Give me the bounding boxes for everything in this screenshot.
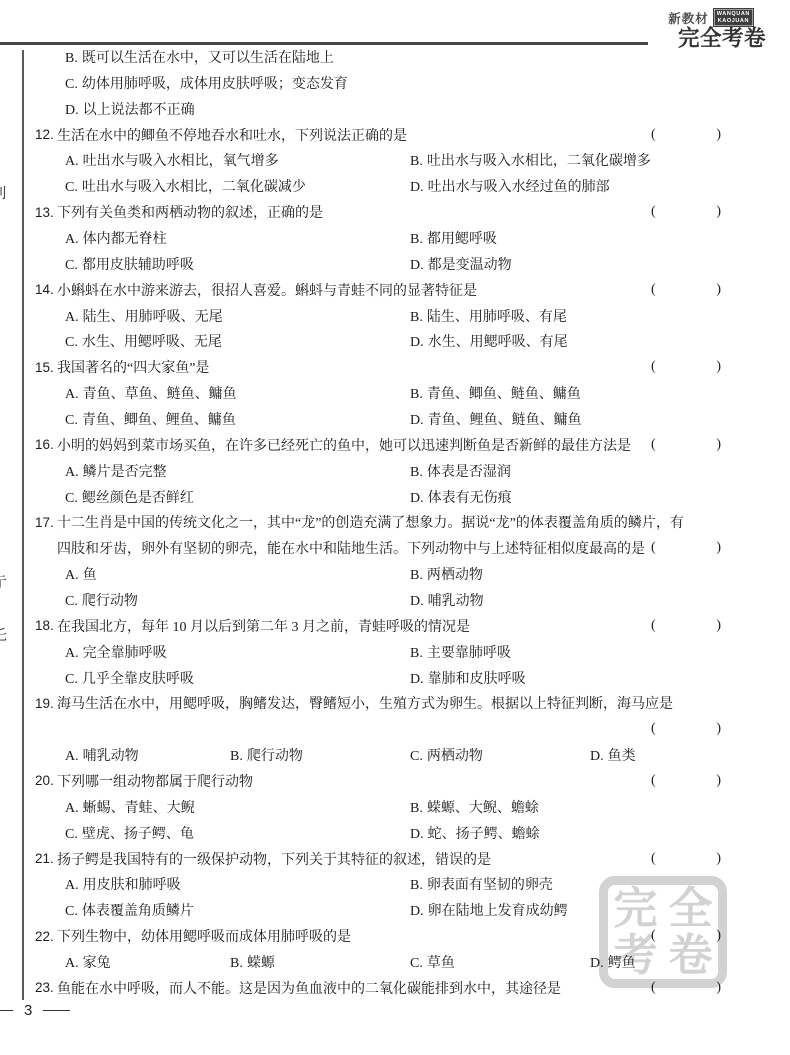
option-row: A.完全靠肺呼吸B.主要靠肺呼吸 bbox=[35, 639, 723, 665]
option-label: D. bbox=[410, 594, 424, 609]
question-stem: 20.下列哪一组动物都属于爬行动物() bbox=[35, 768, 723, 794]
option-item: D.靠肺和皮肤呼吸 bbox=[410, 668, 723, 688]
stem-text: 小蝌蚪在水中游来游去，很招人喜爱。蝌蚪与青蛙不同的显著特征是 bbox=[57, 280, 477, 300]
option-item: B.吐出水与吸入水相比，二氧化碳增多 bbox=[410, 150, 723, 170]
option-label: C. bbox=[65, 413, 78, 428]
answer-parentheses: () bbox=[651, 282, 723, 298]
stem-text: 小明的妈妈到菜市场买鱼，在许多已经死亡的鱼中，她可以迅速判断鱼是否新鲜的最佳方法… bbox=[57, 435, 631, 455]
option-text: 主要靠肺呼吸 bbox=[427, 646, 511, 661]
option-text: 以上说法都不正确 bbox=[83, 103, 195, 118]
option-text: 爬行动物 bbox=[247, 749, 303, 764]
stem-text: 四肢和牙齿，卵外有坚韧的卵壳，能在水中和陆地生活。下列动物中与上述特征相似度最高… bbox=[57, 538, 645, 558]
answer-parentheses: () bbox=[651, 540, 723, 556]
option-label: D. bbox=[410, 904, 424, 919]
answer-paren-row: () bbox=[35, 716, 723, 742]
option-label: A. bbox=[65, 878, 79, 893]
option-text: 陆生、用肺呼吸、无尾 bbox=[83, 310, 223, 325]
option-label: B. bbox=[230, 749, 243, 764]
option-item: D.水生、用鳃呼吸、有尾 bbox=[410, 331, 723, 351]
answer-parentheses: () bbox=[651, 851, 723, 867]
option-label: D. bbox=[65, 103, 79, 118]
option-text: 幼体用肺呼吸，成体用皮肤呼吸；变态发育 bbox=[82, 77, 348, 92]
option-row: C.吐出水与吸入水相比，二氧化碳减少D.吐出水与吸入水经过鱼的肺部 bbox=[35, 173, 723, 199]
option-label: A. bbox=[65, 310, 79, 325]
margin-rule bbox=[22, 50, 24, 1000]
option-label: D. bbox=[410, 672, 424, 687]
question-number: 15. bbox=[35, 360, 57, 375]
option-text: 壁虎、扬子鳄、龟 bbox=[82, 827, 194, 842]
option-text: 鳞片是否完整 bbox=[83, 465, 167, 480]
option-text: 水生、用鳃呼吸、有尾 bbox=[428, 335, 568, 350]
option-text: 蛇、扬子鳄、蟾蜍 bbox=[428, 827, 540, 842]
paren-open: ( bbox=[651, 359, 656, 375]
option-label: D. bbox=[410, 335, 424, 350]
option-text: 用皮肤和肺呼吸 bbox=[83, 878, 181, 893]
option-text: 吐出水与吸入水相比，二氧化碳增多 bbox=[427, 154, 651, 169]
answer-parentheses: () bbox=[651, 204, 723, 220]
option-label: A. bbox=[65, 646, 79, 661]
option-item: C.爬行动物 bbox=[65, 590, 410, 610]
option-row: C.几乎全靠皮肤呼吸D.靠肺和皮肤呼吸 bbox=[35, 665, 723, 691]
question-stem: 19.海马生活在水中，用鳃呼吸，胸鳍发达，臀鳍短小，生殖方式为卵生。根据以上特征… bbox=[35, 690, 723, 716]
option-text: 吐出水与吸入水经过鱼的肺部 bbox=[428, 180, 610, 195]
option-text: 蜥蜴、青蛙、大鲵 bbox=[83, 801, 195, 816]
option-item: D.以上说法都不正确 bbox=[65, 99, 723, 119]
paren-close: ) bbox=[716, 359, 721, 375]
option-label: B. bbox=[410, 387, 423, 402]
option-label: C. bbox=[65, 827, 78, 842]
option-item: B.爬行动物 bbox=[230, 745, 410, 765]
stem-text: 鱼能在水中呼吸，而人不能。这是因为鱼血液中的二氧化碳能排到水中，其途径是 bbox=[57, 978, 561, 998]
page-number-value: 3 bbox=[24, 1002, 32, 1019]
brand-badge: WANQUANKAOJUAN bbox=[713, 8, 754, 27]
option-row: A.鳞片是否完整B.体表是否湿润 bbox=[35, 458, 723, 484]
option-text: 哺乳动物 bbox=[83, 749, 139, 764]
option-text: 蝾螈 bbox=[247, 956, 275, 971]
question-number: 18. bbox=[35, 618, 57, 633]
option-item: A.蜥蜴、青蛙、大鲵 bbox=[65, 797, 410, 817]
paren-close: ) bbox=[716, 980, 721, 996]
option-item: B.蝾螈、大鲵、蟾蜍 bbox=[410, 797, 723, 817]
paren-close: ) bbox=[716, 204, 721, 220]
stem-text: 我国著名的“四大家鱼”是 bbox=[57, 357, 209, 377]
option-text: 爬行动物 bbox=[82, 594, 138, 609]
question-number: 22. bbox=[35, 929, 57, 944]
option-text: 体表覆盖角质鳞片 bbox=[82, 904, 194, 919]
option-text: 靠肺和皮肤呼吸 bbox=[428, 672, 526, 687]
stem-text: 扬子鳄是我国特有的一级保护动物，下列关于其特征的叙述，错误的是 bbox=[57, 849, 491, 869]
option-item: C.青鱼、鲫鱼、鲤鱼、鳙鱼 bbox=[65, 409, 410, 429]
brand-badge-line2: KAOJUAN bbox=[718, 18, 749, 24]
option-label: A. bbox=[65, 956, 79, 971]
option-text: 吐出水与吸入水相比，氧气增多 bbox=[83, 154, 279, 169]
option-item: C.几乎全靠皮肤呼吸 bbox=[65, 668, 410, 688]
option-item: C.草鱼 bbox=[410, 952, 590, 972]
option-text: 都用皮肤辅助呼吸 bbox=[82, 258, 194, 273]
page-number-dash bbox=[43, 1010, 70, 1012]
stem-text: 在我国北方，每年 10 月以后到第二年 3 月之前，青蛙呼吸的情况是 bbox=[57, 616, 470, 636]
option-label: B. bbox=[410, 878, 423, 893]
option-label: C. bbox=[65, 77, 78, 92]
option-item: C.壁虎、扬子鳄、龟 bbox=[65, 823, 410, 843]
option-item: C.水生、用鳃呼吸、无尾 bbox=[65, 331, 410, 351]
option-label: B. bbox=[410, 568, 423, 583]
question-stem: 22.下列生物中，幼体用鳃呼吸而成体用肺呼吸的是() bbox=[35, 923, 723, 949]
option-text: 完全靠肺呼吸 bbox=[83, 646, 167, 661]
option-label: D. bbox=[590, 956, 604, 971]
option-row: A.鱼B.两栖动物 bbox=[35, 561, 723, 587]
page-number-dash bbox=[0, 1010, 13, 1012]
option-text: 青鱼、鲫鱼、鲤鱼、鳙鱼 bbox=[82, 413, 236, 428]
option-text: 两栖动物 bbox=[427, 749, 483, 764]
option-label: B. bbox=[410, 646, 423, 661]
question-stem: 13.下列有关鱼类和两栖动物的叙述，正确的是() bbox=[35, 199, 723, 225]
option-item: B.既可以生活在水中，又可以生活在陆地上 bbox=[65, 47, 723, 67]
option-row: C.青鱼、鲫鱼、鲤鱼、鳙鱼D.青鱼、鲤鱼、鲢鱼、鳙鱼 bbox=[35, 406, 723, 432]
brand-badge-line1: WANQUAN bbox=[717, 11, 750, 17]
option-item: A.鳞片是否完整 bbox=[65, 461, 410, 481]
option-text: 都是变温动物 bbox=[428, 258, 512, 273]
option-label: C. bbox=[65, 491, 78, 506]
question-number: 14. bbox=[35, 282, 57, 297]
paren-open: ( bbox=[651, 773, 656, 789]
page-number: 3 bbox=[0, 1002, 70, 1019]
option-text: 既可以生活在水中，又可以生活在陆地上 bbox=[82, 51, 334, 66]
option-item: B.陆生、用肺呼吸、有尾 bbox=[410, 306, 723, 326]
question-number: 17. bbox=[35, 515, 57, 530]
question-number: 23. bbox=[35, 980, 57, 995]
stem-text: 下列生物中，幼体用鳃呼吸而成体用肺呼吸的是 bbox=[57, 926, 351, 946]
option-row: A.哺乳动物B.爬行动物C.两栖动物D.鱼类 bbox=[35, 742, 723, 768]
paren-close: ) bbox=[716, 851, 721, 867]
option-item: B.体表是否湿润 bbox=[410, 461, 723, 481]
option-text: 鳃丝颜色是否鲜红 bbox=[82, 491, 194, 506]
answer-parentheses: () bbox=[651, 359, 723, 375]
question-stem: 23.鱼能在水中呼吸，而人不能。这是因为鱼血液中的二氧化碳能排到水中，其途径是(… bbox=[35, 975, 723, 1001]
option-label: A. bbox=[65, 749, 79, 764]
option-row: A.家兔B.蝾螈C.草鱼D.鳄鱼 bbox=[35, 949, 723, 975]
paren-close: ) bbox=[716, 928, 721, 944]
paren-close: ) bbox=[716, 127, 721, 143]
option-item: C.体表覆盖角质鳞片 bbox=[65, 900, 410, 920]
option-text: 蝾螈、大鲵、蟾蜍 bbox=[427, 801, 539, 816]
option-item: D.卵在陆地上发育成幼鳄 bbox=[410, 900, 723, 920]
option-label: C. bbox=[65, 672, 78, 687]
option-item: B.青鱼、鲫鱼、鲢鱼、鳙鱼 bbox=[410, 383, 723, 403]
option-text: 水生、用鳃呼吸、无尾 bbox=[82, 335, 222, 350]
stem-text: 十二生肖是中国的传统文化之一，其中“龙”的创造充满了想象力。据说“龙”的体表覆盖… bbox=[57, 512, 684, 532]
exam-page: { "header": { "brand_prefix": "新教材", "br… bbox=[0, 0, 790, 1055]
option-row: C.壁虎、扬子鳄、龟D.蛇、扬子鳄、蟾蜍 bbox=[35, 820, 723, 846]
page-edge-fragment: 亍 bbox=[0, 572, 7, 592]
answer-parentheses: () bbox=[651, 928, 723, 944]
option-label: B. bbox=[230, 956, 243, 971]
paren-close: ) bbox=[716, 721, 721, 737]
option-label: A. bbox=[65, 801, 79, 816]
answer-parentheses: () bbox=[651, 618, 723, 634]
option-label: C. bbox=[65, 904, 78, 919]
option-label: C. bbox=[410, 749, 423, 764]
option-text: 都用鳃呼吸 bbox=[427, 232, 497, 247]
option-label: D. bbox=[410, 180, 424, 195]
option-item: B.都用鳃呼吸 bbox=[410, 228, 723, 248]
paren-open: ( bbox=[651, 721, 656, 737]
option-label: B. bbox=[65, 51, 78, 66]
option-item: A.陆生、用肺呼吸、无尾 bbox=[65, 306, 410, 326]
option-row: C.水生、用鳃呼吸、无尾D.水生、用鳃呼吸、有尾 bbox=[35, 328, 723, 354]
option-text: 几乎全靠皮肤呼吸 bbox=[82, 672, 194, 687]
option-item: D.蛇、扬子鳄、蟾蜍 bbox=[410, 823, 723, 843]
question-number: 16. bbox=[35, 437, 57, 452]
question-number: 12. bbox=[35, 127, 57, 142]
option-item: C.两栖动物 bbox=[410, 745, 590, 765]
paren-open: ( bbox=[651, 204, 656, 220]
option-item: C.幼体用肺呼吸，成体用皮肤呼吸；变态发育 bbox=[65, 73, 723, 93]
option-label: C. bbox=[65, 180, 78, 195]
question-number: 19. bbox=[35, 696, 57, 711]
option-item: A.家兔 bbox=[65, 952, 230, 972]
question-stem-continued: 四肢和牙齿，卵外有坚韧的卵壳，能在水中和陆地生活。下列动物中与上述特征相似度最高… bbox=[35, 535, 723, 561]
brand-top-row: 新教材 WANQUANKAOJUAN bbox=[668, 8, 754, 27]
page-edge-fragment: 刂 bbox=[0, 183, 7, 203]
answer-parentheses: () bbox=[651, 773, 723, 789]
option-label: D. bbox=[590, 749, 604, 764]
option-row: A.青鱼、草鱼、鲢鱼、鳙鱼B.青鱼、鲫鱼、鲢鱼、鳙鱼 bbox=[35, 380, 723, 406]
option-item: A.用皮肤和肺呼吸 bbox=[65, 874, 410, 894]
option-text: 体表有无伤痕 bbox=[428, 491, 512, 506]
answer-parentheses: () bbox=[651, 721, 723, 737]
option-label: D. bbox=[410, 413, 424, 428]
option-item: B.主要靠肺呼吸 bbox=[410, 642, 723, 662]
page-edge-fragment: 。 bbox=[0, 336, 7, 356]
paren-close: ) bbox=[716, 618, 721, 634]
question-stem: 16.小明的妈妈到菜市场买鱼，在许多已经死亡的鱼中，她可以迅速判断鱼是否新鲜的最… bbox=[35, 432, 723, 458]
option-item: B.两栖动物 bbox=[410, 564, 723, 584]
option-text: 哺乳动物 bbox=[428, 594, 484, 609]
option-label: A. bbox=[65, 387, 79, 402]
option-item: D.哺乳动物 bbox=[410, 590, 723, 610]
carryover-option-row: B.既可以生活在水中，又可以生活在陆地上 bbox=[35, 44, 723, 70]
option-label: D. bbox=[410, 258, 424, 273]
option-text: 吐出水与吸入水相比，二氧化碳减少 bbox=[82, 180, 306, 195]
option-label: A. bbox=[65, 232, 79, 247]
paren-close: ) bbox=[716, 540, 721, 556]
option-text: 卵在陆地上发育成幼鳄 bbox=[428, 904, 568, 919]
option-item: D.体表有无伤痕 bbox=[410, 487, 723, 507]
question-number: 21. bbox=[35, 851, 57, 866]
question-stem: 17.十二生肖是中国的传统文化之一，其中“龙”的创造充满了想象力。据说“龙”的体… bbox=[35, 509, 723, 535]
paren-close: ) bbox=[716, 773, 721, 789]
option-item: A.体内都无脊柱 bbox=[65, 228, 410, 248]
stem-text: 下列哪一组动物都属于爬行动物 bbox=[57, 771, 253, 791]
option-text: 家兔 bbox=[83, 956, 111, 971]
option-row: A.蜥蜴、青蛙、大鲵B.蝾螈、大鲵、蟾蜍 bbox=[35, 794, 723, 820]
answer-parentheses: () bbox=[651, 127, 723, 143]
option-item: C.鳃丝颜色是否鲜红 bbox=[65, 487, 410, 507]
option-text: 草鱼 bbox=[427, 956, 455, 971]
option-label: A. bbox=[65, 465, 79, 480]
brand-logo: 新教材 WANQUANKAOJUAN 完全考卷 bbox=[668, 8, 766, 48]
option-text: 卵表面有坚韧的卵壳 bbox=[427, 878, 553, 893]
question-stem: 18.在我国北方，每年 10 月以后到第二年 3 月之前，青蛙呼吸的情况是() bbox=[35, 613, 723, 639]
option-item: A.完全靠肺呼吸 bbox=[65, 642, 410, 662]
paren-open: ( bbox=[651, 618, 656, 634]
question-stem: 12.生活在水中的鲫鱼不停地吞水和吐水，下列说法正确的是() bbox=[35, 122, 723, 148]
option-item: D.都是变温动物 bbox=[410, 254, 723, 274]
option-item: D.吐出水与吸入水经过鱼的肺部 bbox=[410, 176, 723, 196]
option-item: A.哺乳动物 bbox=[65, 745, 230, 765]
option-item: B.蝾螈 bbox=[230, 952, 410, 972]
question-number: 13. bbox=[35, 205, 57, 220]
question-number: 20. bbox=[35, 773, 57, 788]
option-item: A.青鱼、草鱼、鲢鱼、鳙鱼 bbox=[65, 383, 410, 403]
question-list: B.既可以生活在水中，又可以生活在陆地上C.幼体用肺呼吸，成体用皮肤呼吸；变态发… bbox=[35, 44, 723, 1001]
paren-open: ( bbox=[651, 928, 656, 944]
option-row: C.体表覆盖角质鳞片D.卵在陆地上发育成幼鳄 bbox=[35, 897, 723, 923]
option-label: B. bbox=[410, 465, 423, 480]
option-item: C.吐出水与吸入水相比，二氧化碳减少 bbox=[65, 176, 410, 196]
option-label: C. bbox=[410, 956, 423, 971]
answer-parentheses: () bbox=[651, 980, 723, 996]
stem-text: 海马生活在水中，用鳃呼吸，胸鳍发达，臀鳍短小，生殖方式为卵生。根据以上特征判断，… bbox=[57, 693, 673, 713]
stem-text: 生活在水中的鲫鱼不停地吞水和吐水，下列说法正确的是 bbox=[57, 125, 407, 145]
option-label: D. bbox=[410, 491, 424, 506]
paren-open: ( bbox=[651, 851, 656, 867]
option-item: B.卵表面有坚韧的卵壳 bbox=[410, 874, 723, 894]
option-label: B. bbox=[410, 801, 423, 816]
option-item: D.鱼类 bbox=[590, 745, 723, 765]
carryover-option-row: D.以上说法都不正确 bbox=[35, 96, 723, 122]
paren-open: ( bbox=[651, 282, 656, 298]
option-label: C. bbox=[65, 258, 78, 273]
option-text: 青鱼、鲫鱼、鲢鱼、鳙鱼 bbox=[427, 387, 581, 402]
option-item: A.鱼 bbox=[65, 564, 410, 584]
stem-text: 下列有关鱼类和两栖动物的叙述，正确的是 bbox=[57, 202, 323, 222]
option-item: A.吐出水与吸入水相比，氧气增多 bbox=[65, 150, 410, 170]
option-label: C. bbox=[65, 335, 78, 350]
question-stem: 15.我国著名的“四大家鱼”是() bbox=[35, 354, 723, 380]
option-row: C.都用皮肤辅助呼吸D.都是变温动物 bbox=[35, 251, 723, 277]
option-row: C.爬行动物D.哺乳动物 bbox=[35, 587, 723, 613]
option-text: 两栖动物 bbox=[427, 568, 483, 583]
option-text: 青鱼、草鱼、鲢鱼、鳙鱼 bbox=[83, 387, 237, 402]
option-row: A.体内都无脊柱B.都用鳃呼吸 bbox=[35, 225, 723, 251]
option-row: C.鳃丝颜色是否鲜红D.体表有无伤痕 bbox=[35, 484, 723, 510]
option-label: A. bbox=[65, 568, 79, 583]
option-label: B. bbox=[410, 154, 423, 169]
option-text: 体表是否湿润 bbox=[427, 465, 511, 480]
option-label: D. bbox=[410, 827, 424, 842]
paren-open: ( bbox=[651, 437, 656, 453]
option-label: C. bbox=[65, 594, 78, 609]
option-row: A.陆生、用肺呼吸、无尾B.陆生、用肺呼吸、有尾 bbox=[35, 303, 723, 329]
option-text: 鳄鱼 bbox=[608, 956, 636, 971]
option-text: 体内都无脊柱 bbox=[83, 232, 167, 247]
paren-open: ( bbox=[651, 127, 656, 143]
question-stem: 21.扬子鳄是我国特有的一级保护动物，下列关于其特征的叙述，错误的是() bbox=[35, 846, 723, 872]
option-row: A.用皮肤和肺呼吸B.卵表面有坚韧的卵壳 bbox=[35, 872, 723, 898]
answer-parentheses: () bbox=[651, 437, 723, 453]
option-row: A.吐出水与吸入水相比，氧气增多B.吐出水与吸入水相比，二氧化碳增多 bbox=[35, 147, 723, 173]
question-stem: 14.小蝌蚪在水中游来游去，很招人喜爱。蝌蚪与青蛙不同的显著特征是() bbox=[35, 277, 723, 303]
option-item: D.鳄鱼 bbox=[590, 952, 723, 972]
option-label: B. bbox=[410, 310, 423, 325]
option-item: C.都用皮肤辅助呼吸 bbox=[65, 254, 410, 274]
option-item: D.青鱼、鲤鱼、鲢鱼、鳙鱼 bbox=[410, 409, 723, 429]
option-text: 青鱼、鲤鱼、鲢鱼、鳙鱼 bbox=[428, 413, 582, 428]
option-label: A. bbox=[65, 154, 79, 169]
option-text: 陆生、用肺呼吸、有尾 bbox=[427, 310, 567, 325]
carryover-option-row: C.幼体用肺呼吸，成体用皮肤呼吸；变态发育 bbox=[35, 70, 723, 96]
page-edge-fragment: 乇 bbox=[0, 625, 7, 645]
paren-open: ( bbox=[651, 980, 656, 996]
option-text: 鱼类 bbox=[608, 749, 636, 764]
option-text: 鱼 bbox=[83, 568, 97, 583]
brand-prefix: 新教材 bbox=[668, 9, 709, 27]
paren-close: ) bbox=[716, 282, 721, 298]
paren-close: ) bbox=[716, 437, 721, 453]
option-label: B. bbox=[410, 232, 423, 247]
paren-open: ( bbox=[651, 540, 656, 556]
